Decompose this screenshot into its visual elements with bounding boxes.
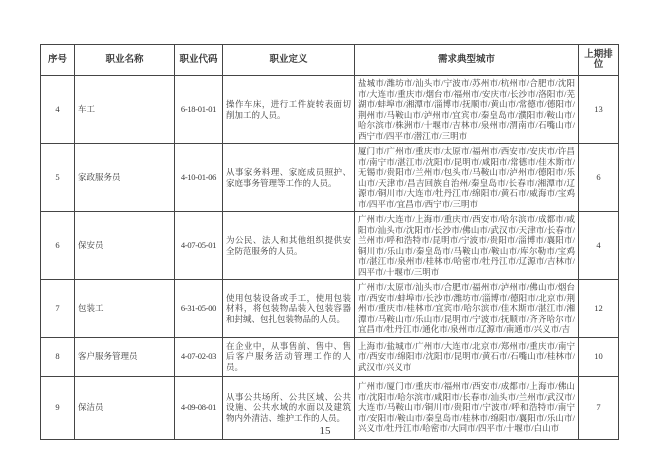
cell-occupation-code: 4-10-01-06 xyxy=(175,144,223,212)
cell-occupation-code: 6-31-05-00 xyxy=(175,280,223,338)
cell-demand-cities: 盐城市/潍坊市/汕头市/宁波市/苏州市/杭州市/合肥市/沈阳市/大连市/重庆市/… xyxy=(355,76,579,144)
col-header-no: 序号 xyxy=(41,45,75,76)
occupations-table: 序号 职业名称 职业代码 职业定义 需求典型城市 上期排位 4 车工 6-18-… xyxy=(40,44,619,440)
cell-definition: 在企业中，从事售前、售中、售后客户服务活动管理工作的人员。 xyxy=(223,337,355,376)
table-row: 6 保安员 4-07-05-01 为公民、法人和其他组织提供安全防范服务的人员。… xyxy=(41,212,619,280)
cell-occupation-code: 4-07-02-03 xyxy=(175,337,223,376)
cell-definition: 为公民、法人和其他组织提供安全防范服务的人员。 xyxy=(223,212,355,280)
col-header-occupation-code: 职业代码 xyxy=(175,45,223,76)
cell-previous-rank: 4 xyxy=(579,212,619,280)
cell-occupation-code: 6-18-01-01 xyxy=(175,76,223,144)
cell-demand-cities: 上海市/盐城市/广州市/大连市/北京市/郑州市/重庆市/南宁市/西安市/绵阳市/… xyxy=(355,337,579,376)
col-header-occupation-name: 职业名称 xyxy=(75,45,175,76)
cell-previous-rank: 13 xyxy=(579,76,619,144)
col-header-previous-rank: 上期排位 xyxy=(579,45,619,76)
cell-demand-cities: 厦门市/广州市/重庆市/太原市/福州市/西安市/安庆市/许昌市/南宁市/湛江市/… xyxy=(355,144,579,212)
cell-previous-rank: 10 xyxy=(579,337,619,376)
cell-occupation-code: 4-07-05-01 xyxy=(175,212,223,280)
col-header-definition: 职业定义 xyxy=(223,45,355,76)
table-row: 8 客户服务管理员 4-07-02-03 在企业中，从事售前、售中、售后客户服务… xyxy=(41,337,619,376)
cell-serial-number: 5 xyxy=(41,144,75,212)
header-row: 序号 职业名称 职业代码 职业定义 需求典型城市 上期排位 xyxy=(41,45,619,76)
cell-definition: 操作车床，进行工件旋转表面切削加工的人员。 xyxy=(223,76,355,144)
cell-occupation-name: 包装工 xyxy=(75,280,175,338)
table-row: 4 车工 6-18-01-01 操作车床，进行工件旋转表面切削加工的人员。 盐城… xyxy=(41,76,619,144)
cell-serial-number: 6 xyxy=(41,212,75,280)
cell-demand-cities: 广州市/太原市/汕头市/合肥市/福州市/泸州市/佛山市/烟台市/西安市/蚌埠市/… xyxy=(355,280,579,338)
cell-serial-number: 8 xyxy=(41,337,75,376)
col-header-demand-cities: 需求典型城市 xyxy=(355,45,579,76)
document-page: 序号 职业名称 职业代码 职业定义 需求典型城市 上期排位 4 车工 6-18-… xyxy=(0,0,650,459)
cell-serial-number: 4 xyxy=(41,76,75,144)
cell-previous-rank: 6 xyxy=(579,144,619,212)
table-row: 7 包装工 6-31-05-00 使用包装设备或手工，使用包装材料，将包装物品装… xyxy=(41,280,619,338)
cell-definition: 从事家务料理、家庭成员照护、家庭事务管理等工作的人员。 xyxy=(223,144,355,212)
cell-occupation-name: 客户服务管理员 xyxy=(75,337,175,376)
cell-occupation-name: 家政服务员 xyxy=(75,144,175,212)
page-number: 15 xyxy=(0,425,650,437)
cell-serial-number: 7 xyxy=(41,280,75,338)
cell-demand-cities: 广州市/大连市/上海市/重庆市/西安市/哈尔滨市/成都市/咸阳市/汕头市/沈阳市… xyxy=(355,212,579,280)
cell-previous-rank: 12 xyxy=(579,280,619,338)
cell-occupation-name: 保安员 xyxy=(75,212,175,280)
cell-occupation-name: 车工 xyxy=(75,76,175,144)
table-row: 5 家政服务员 4-10-01-06 从事家务料理、家庭成员照护、家庭事务管理等… xyxy=(41,144,619,212)
cell-definition: 使用包装设备或手工，使用包装材料，将包装物品装入包装容器和封缄、包扎包装物品的人… xyxy=(223,280,355,338)
